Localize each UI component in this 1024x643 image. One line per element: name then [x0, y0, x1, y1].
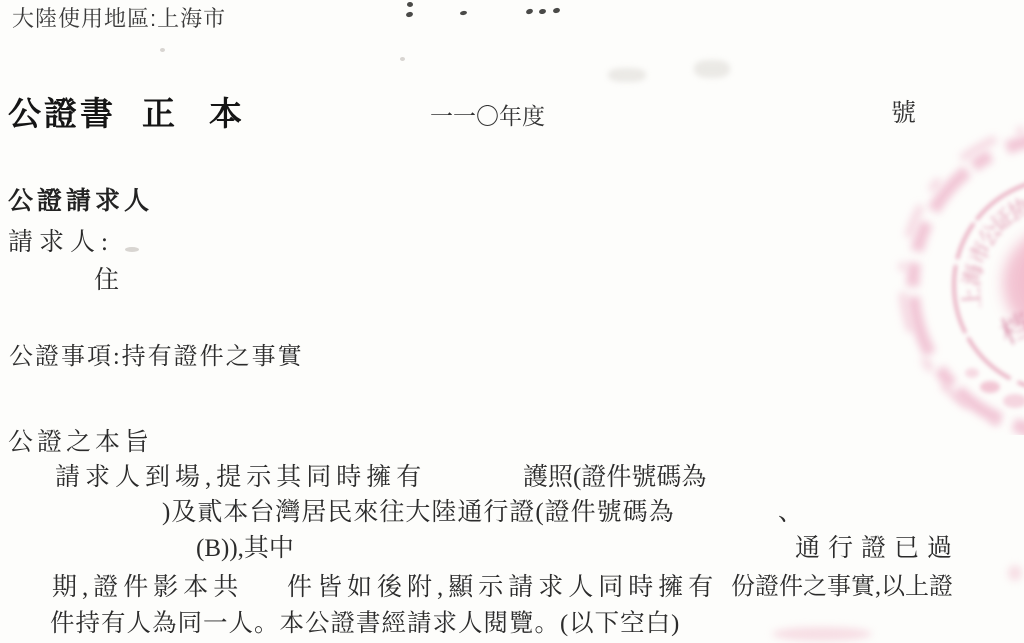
body-line-2-segment: )及貳本台灣居民來往大陸通行證(證件號碼為 [162, 499, 675, 528]
ink-speck [125, 247, 139, 252]
seal-arc-character: 上 [959, 286, 985, 310]
body-line-5-text: 件持有人為同一人。本公證書經請求人閱覽。(以下空白) [50, 610, 680, 638]
ink-speck [552, 7, 560, 14]
copy-type-word-1: 正 [142, 97, 175, 135]
region-label: 大陸使用地區:上海市 [12, 6, 226, 31]
residence-label: 住 [94, 267, 119, 296]
body-line-4-segment: 件皆如後附,顯示請求人同時擁有 [287, 574, 718, 603]
seal-ink-smear [772, 627, 872, 641]
ink-speck [405, 11, 413, 18]
body-line-1-segment: 護照(證件號碼為 [523, 464, 706, 493]
body-line-2-segment: 、 [778, 499, 803, 528]
seal-splotch [965, 368, 979, 378]
notary-seal-icon: 上 海 市 公 证 协 档 [868, 95, 1024, 435]
notarial-certificate-page: 大陸使用地區:上海市 公證書 正 本 一一〇年度 號 公證請求人 請求人: 住 … [0, 0, 1024, 643]
ink-speck [160, 48, 165, 52]
purpose-heading: 公證之本旨 [8, 429, 153, 458]
notary-seal: 上 海 市 公 证 协 档 [868, 95, 1024, 435]
seal-splotch [1003, 394, 1024, 408]
applicant-section-heading: 公證請求人 [8, 188, 153, 217]
body-line-3-segment: 通行證已過 [795, 535, 960, 564]
notarization-matter-line: 公證事項:持有證件之事實 [9, 344, 304, 372]
ink-speck [400, 57, 405, 61]
body-line-4-segment: 期,證件影本共 [52, 574, 243, 603]
year-label: 一一〇年度 [430, 104, 545, 130]
seal-center-character: 档 [996, 309, 1024, 351]
body-line-3-segment: (B)),其中 [196, 535, 294, 564]
seal-ink-smear [1008, 565, 1022, 581]
copy-type-word-2: 本 [209, 97, 242, 135]
scan-smudge [608, 68, 646, 82]
body-line-4-segment: 份證件之事實,以上證 [731, 574, 953, 602]
ink-speck [460, 10, 468, 15]
ink-speck [539, 8, 547, 14]
scan-smudge [694, 60, 730, 78]
ink-speck [407, 2, 413, 7]
ink-speck [525, 8, 533, 15]
page-title: 公證書 [8, 97, 116, 135]
requester-label: 請求人: [8, 229, 114, 258]
body-line-1-segment: 請求人到場,提示其同時擁有 [55, 464, 426, 493]
seal-splotch [980, 381, 1000, 393]
